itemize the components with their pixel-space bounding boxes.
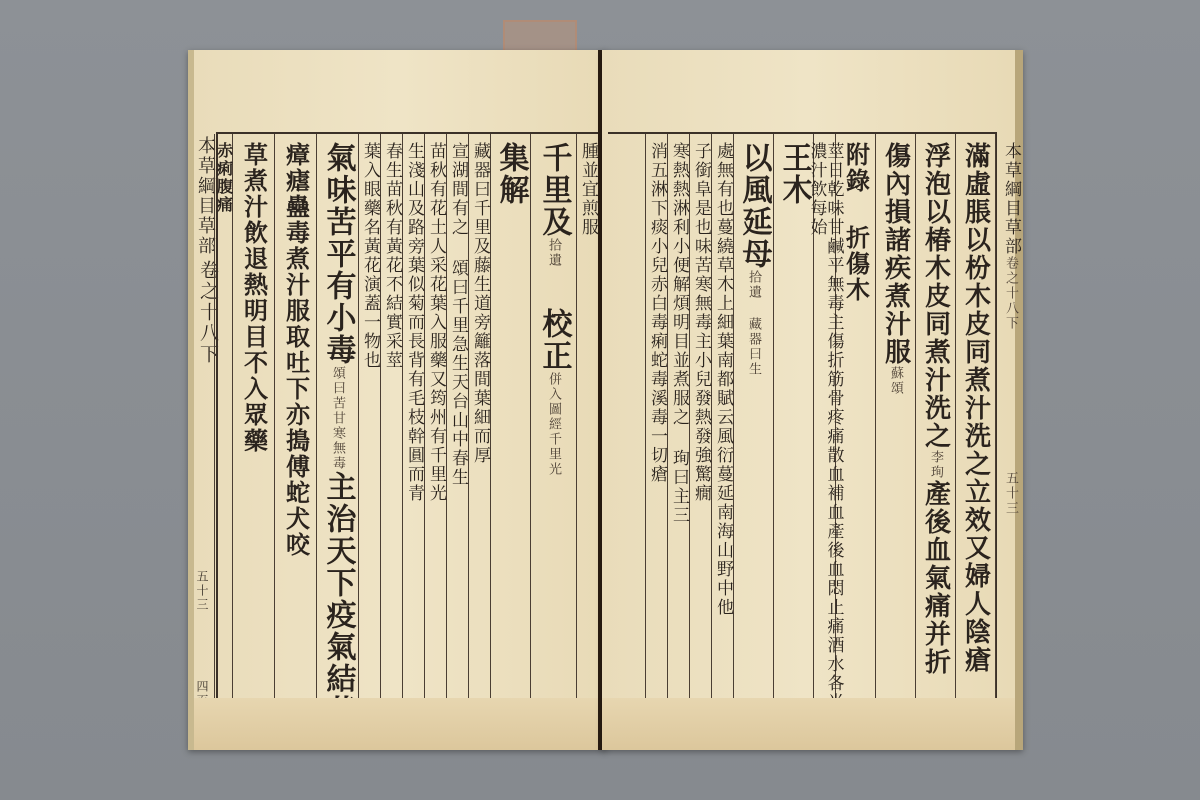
entry-heading: 以風延母 [739, 142, 769, 270]
text-column: 以風延母 拾遺 藏器曰生 [733, 134, 773, 746]
right-text-frame: 本草綱目草部 卷之十八下 五十三 滿虛脹以枌木皮同煮汁洗之立效又婦人陰瘡 浮泡以… [608, 132, 997, 748]
text-column: 生淺山及路旁葉似菊而長背有毛枝幹圓而青 [402, 134, 424, 746]
text-column: 消五淋下痰小兒赤白毒痢蛇毒溪毒一切瘡 [645, 134, 667, 746]
text-column: 瘴瘧蠱毒煮汁服取吐下亦搗傅蛇犬咬 [274, 134, 316, 746]
text-column: 草煮汁飲退熱明目不入眾藥 [232, 134, 274, 746]
text-column: 葉入眼藥名黃花演蓋一物也 [358, 134, 380, 746]
text-column: 子銜阜是也味苦寒無毒主小兒發熱發強驚癇 [689, 134, 711, 746]
left-page: 本草綱目草部 卷之十八下 五十三 四百四十六 腫並宜煎服 千里及 拾遺 校正 併… [188, 50, 606, 750]
text-column: 千里及 拾遺 校正 併入圖經千里光 [530, 134, 576, 746]
left-folio: 五十三 [196, 570, 208, 612]
text-column: 王木 [773, 134, 813, 746]
text-column: 腫並宜煎服 [576, 134, 598, 746]
right-bottom-margin [602, 698, 1015, 750]
right-folio: 五十三 [1004, 471, 1017, 516]
left-running-title: 本草綱目草部 [196, 136, 214, 256]
appendix-heading: 附錄 折傷木 [844, 142, 868, 303]
text-column: 寒熱熱淋利小便解煩明目並煮服之 珣曰主三 [667, 134, 689, 746]
margin-column: 本草綱目草部 卷之十八下 五十三 [995, 134, 1025, 746]
entry-heading: 千里及 [539, 142, 569, 238]
text-column: 莖日乾味甘鹹平無毒主傷折筋骨疼痛散血補血產後血悶止痛酒水各半煮濃汁飲每始 [813, 134, 835, 746]
text-column: 傷內損諸疾煮汁服 蘇頌 [875, 134, 915, 746]
text-column: 春生苗秋有黃花不結實采莖 [380, 134, 402, 746]
section-marker: 集解 [496, 142, 526, 206]
text-column: 宣湖間有之 頌曰千里急生天台山中春生 [446, 134, 468, 746]
text-column: 氣味苦平有小毒 頌曰苦甘寒無毒 主治天下疫氣結黃 [316, 134, 358, 746]
section-marker: 校正 [539, 308, 569, 372]
text-column: 集解 [490, 134, 530, 746]
entry-heading: 王木 [779, 142, 809, 206]
text-column: 藏器曰千里及藤生道旁籬落間葉細而厚 [468, 134, 490, 746]
text-column: 處無有也蔓繞草木上細葉南都賦云風衍蔓延南海山野中他 [711, 134, 733, 746]
right-volume-label: 卷之十八下 [1004, 256, 1017, 331]
open-book: 本草綱目草部 卷之十八下 五十三 四百四十六 腫並宜煎服 千里及 拾遺 校正 併… [188, 50, 1023, 750]
text-column: 浮泡以椿木皮同煮汁洗之 李珣 產後血氣痛并折 [915, 134, 955, 746]
left-text-frame: 腫並宜煎服 千里及 拾遺 校正 併入圖經千里光 集解 藏器曰千里及藤生道旁籬落間… [216, 132, 598, 748]
right-running-title: 本草綱目草部 [1002, 142, 1019, 256]
text-column: 苗秋有花土人采花葉入服藥又筠州有千里光 [424, 134, 446, 746]
right-page: 本草綱目草部 卷之十八下 五十三 滿虛脹以枌木皮同煮汁洗之立效又婦人陰瘡 浮泡以… [602, 50, 1023, 750]
text-column: 滿虛脹以枌木皮同煮汁洗之立效又婦人陰瘡 [955, 134, 995, 746]
text-column: 赤痢腹痛 [214, 134, 232, 746]
left-bottom-margin [194, 698, 606, 750]
